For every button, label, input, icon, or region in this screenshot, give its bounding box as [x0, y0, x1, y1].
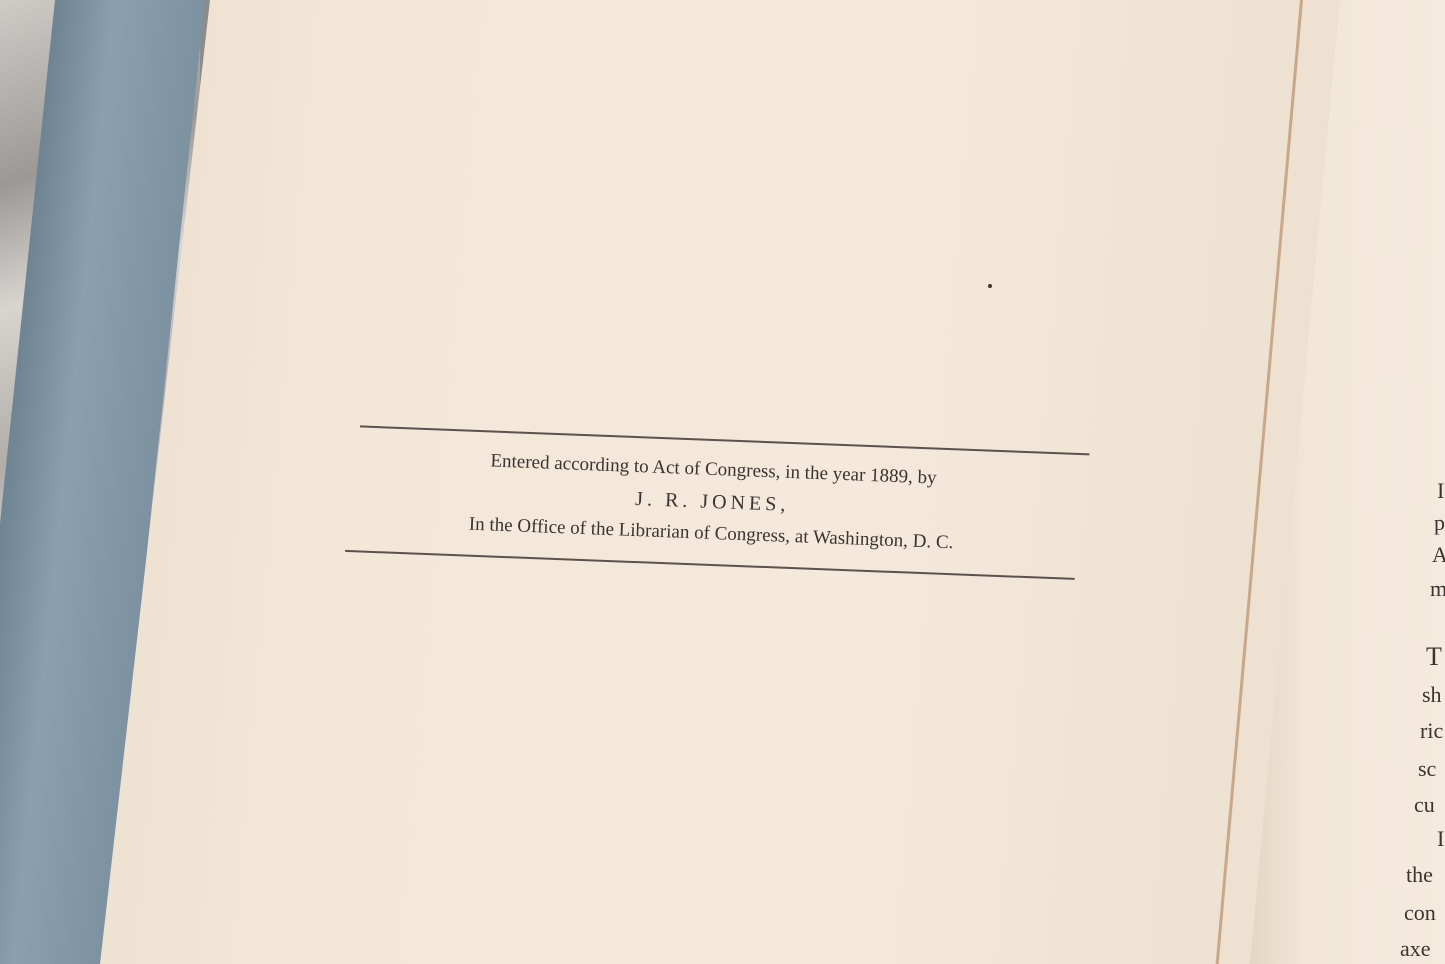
right-fragment: m	[1430, 576, 1445, 602]
right-fragment: ric	[1420, 718, 1443, 744]
right-fragment: axe	[1400, 936, 1431, 962]
right-fragment: sc	[1418, 756, 1436, 782]
right-fragment: A	[1432, 542, 1445, 568]
right-fragment: cu	[1414, 792, 1435, 818]
copyright-imprint: Entered according to Act of Congress, in…	[343, 425, 1109, 634]
right-fragment: con	[1404, 900, 1436, 926]
right-fragment: T	[1426, 642, 1442, 672]
right-fragment: p	[1434, 510, 1445, 536]
ink-speck	[988, 284, 992, 288]
right-fragment: I	[1437, 478, 1444, 504]
right-fragment: I	[1437, 826, 1444, 852]
right-fragment: the	[1406, 862, 1433, 888]
right-fragment: sh	[1422, 682, 1442, 708]
